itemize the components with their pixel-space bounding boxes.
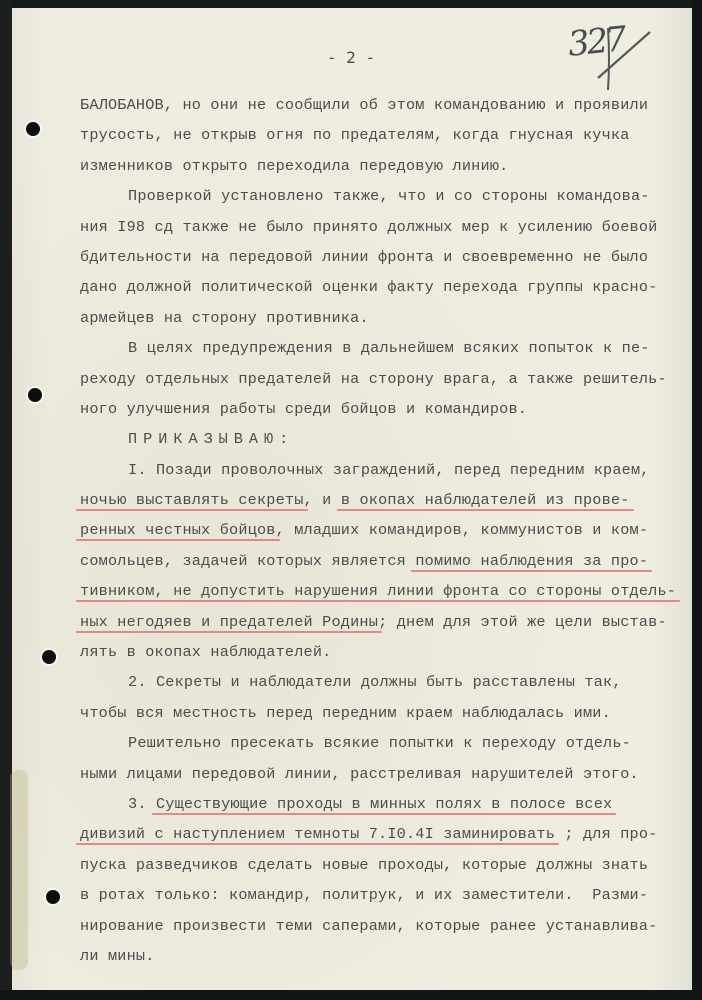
text-line: изменников открыто переходила передовую … — [80, 151, 680, 181]
binding-hole-icon — [28, 388, 42, 402]
text-segment: изменников открыто переходила передовую … — [80, 157, 508, 175]
text-line: 2. Секреты и наблюдатели должны быть рас… — [80, 667, 680, 697]
text-line: дивизий с наступлением темноты 7.I0.4I з… — [80, 819, 680, 849]
text-segment: 3. — [128, 795, 156, 813]
text-segment: ного улучшения работы среди бойцов и ком… — [80, 400, 527, 418]
text-segment: I. Позади проволочных заграждений, перед… — [128, 461, 650, 479]
text-segment: , младших командиров, коммунистов и ком- — [276, 521, 649, 539]
text-line: чтобы вся местность перед передним краем… — [80, 698, 680, 728]
underlined-text: ночью выставлять секреты — [80, 491, 304, 509]
text-line: В целях предупреждения в дальнейшем всяк… — [80, 333, 680, 363]
text-segment: В целях предупреждения в дальнейшем всяк… — [128, 339, 650, 357]
binding-hole-icon — [26, 122, 40, 136]
text-line: бдительности на передовой линии фронта и… — [80, 242, 680, 272]
text-line: сомольцев, задачей которых является поми… — [80, 546, 680, 576]
text-line: ния I98 сд также не было принято должных… — [80, 212, 680, 242]
scan-right-edge — [692, 0, 702, 1000]
text-line: ПРИКАЗЫВАЮ: — [80, 424, 680, 454]
text-segment: Решительно пресекать всякие попытки к пе… — [128, 734, 631, 752]
text-line: ного улучшения работы среди бойцов и ком… — [80, 394, 680, 424]
text-segment: армейцев на сторону противника. — [80, 309, 369, 327]
text-segment: чтобы вся местность перед передним краем… — [80, 704, 611, 722]
text-line: в ротах только: командир, политрук, и их… — [80, 880, 680, 910]
text-line: тивником, не допустить нарушения линии ф… — [80, 576, 680, 606]
underlined-text: в окопах наблюдателей из прове- — [341, 491, 630, 509]
text-line: ли мины. — [80, 941, 680, 971]
text-segment: , и — [304, 491, 341, 509]
text-line: Проверкой установлено также, что и со ст… — [80, 181, 680, 211]
text-line: нирование произвести теми саперами, кото… — [80, 911, 680, 941]
scan-bottom-edge — [0, 990, 702, 1000]
text-segment: ния I98 сд также не было принято должных… — [80, 218, 657, 236]
page-number: - 2 - — [0, 48, 702, 67]
binding-hole-icon — [42, 650, 56, 664]
text-segment: сомольцев, задачей которых является — [80, 552, 415, 570]
text-segment: бдительности на передовой линии фронта и… — [80, 248, 648, 266]
text-segment: реходу отдельных предателей на сторону в… — [80, 370, 667, 388]
text-segment: пуска разведчиков сделать новые проходы,… — [80, 856, 648, 874]
text-line: ными лицами передовой линии, расстрелива… — [80, 759, 680, 789]
text-line: армейцев на сторону противника. — [80, 303, 680, 333]
text-segment: 2. Секреты и наблюдатели должны быть рас… — [128, 673, 622, 691]
text-segment: дано должной политической оценки факту п… — [80, 278, 657, 296]
underlined-text: тивником, не допустить нарушения линии ф… — [80, 582, 676, 600]
text-segment: ными лицами передовой линии, расстрелива… — [80, 765, 639, 783]
text-line: ных негодяев и предателей Родины; днем д… — [80, 607, 680, 637]
text-line: реходу отдельных предателей на сторону в… — [80, 364, 680, 394]
underlined-text: ренных честных бойцов — [80, 521, 276, 539]
text-line: дано должной политической оценки факту п… — [80, 272, 680, 302]
text-line: ренных честных бойцов, младших командиро… — [80, 515, 680, 545]
underlined-text: ных негодяев и предателей Родины — [80, 613, 378, 631]
text-line: I. Позади проволочных заграждений, перед… — [80, 455, 680, 485]
underlined-text: дивизий с наступлением темноты 7.I0.4I з… — [80, 825, 555, 843]
text-segment: Проверкой установлено также, что и со ст… — [128, 187, 650, 205]
text-segment: лять в окопах наблюдателей. — [80, 643, 331, 661]
text-segment: ; днем для этой же цели выстав- — [378, 613, 667, 631]
document-body: БАЛОБАНОВ, но они не сообщили об этом ко… — [80, 90, 680, 971]
text-line: БАЛОБАНОВ, но они не сообщили об этом ко… — [80, 90, 680, 120]
text-line: пуска разведчиков сделать новые проходы,… — [80, 850, 680, 880]
text-segment: ли мины. — [80, 947, 155, 965]
text-line: ночью выставлять секреты, и в окопах наб… — [80, 485, 680, 515]
text-segment: БАЛОБАНОВ, но они не сообщили об этом ко… — [80, 96, 648, 114]
paper-stain — [10, 770, 28, 970]
underlined-text: Существующие проходы в минных полях в по… — [156, 795, 612, 813]
binding-hole-icon — [46, 890, 60, 904]
text-segment: в ротах только: командир, политрук, и их… — [80, 886, 648, 904]
text-segment: трусость, не открыв огня по предателям, … — [80, 126, 630, 144]
text-line: трусость, не открыв огня по предателям, … — [80, 120, 680, 150]
text-line: лять в окопах наблюдателей. — [80, 637, 680, 667]
text-segment: нирование произвести теми саперами, кото… — [80, 917, 657, 935]
text-line: Решительно пресекать всякие попытки к пе… — [80, 728, 680, 758]
text-segment: ; для про- — [555, 825, 657, 843]
underlined-text: помимо наблюдения за про- — [415, 552, 648, 570]
text-segment: ПРИКАЗЫВАЮ: — [128, 430, 294, 448]
text-line: 3. Существующие проходы в минных полях в… — [80, 789, 680, 819]
